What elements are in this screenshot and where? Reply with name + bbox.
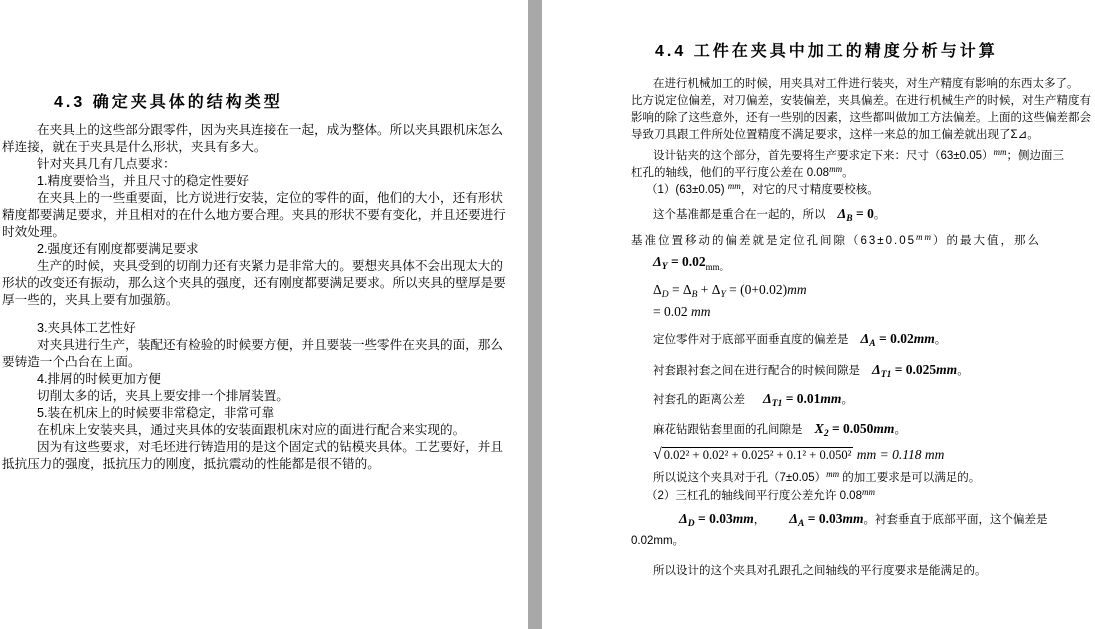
text-line: 杠孔的轴线，他们的平行度公差在 0.08mm。 xyxy=(631,161,1095,178)
text-run: 麻花钻跟钻套里面的孔间隙是 xyxy=(653,424,803,436)
text-line: 厚一些的，夹具上要有加强筋。 xyxy=(2,292,528,309)
text-line: 样连接，就在于夹具是什么形状，夹具有多大。 xyxy=(2,139,528,156)
formula-unit: mm xyxy=(842,511,863,526)
unit-superscript: mm xyxy=(916,232,933,242)
text-line: 导致刀具跟工件所处位置精度不满足要求，这样一来总的加工偏差就出现了Σ⊿。 xyxy=(631,127,1095,144)
formula-term: = Δ xyxy=(669,282,692,297)
radical-sign: √ xyxy=(653,446,662,463)
formula-subscript: T1 xyxy=(881,370,892,380)
formula-term: = (0+0.02) xyxy=(726,282,787,297)
text-line: 基准位置移动的偏差就是定位孔间隙（63±0.05mm）的最大值，那么 xyxy=(631,229,1095,246)
formula-symbol: Δ xyxy=(861,332,870,347)
text-line: 形状的改变还有振动，那么这个夹具的强度，还有刚度都要满足要求。所以夹具的壁厚是要 xyxy=(2,275,528,292)
formula-value: = 0.02 xyxy=(876,331,914,346)
formula-value: = 0.01 xyxy=(782,391,820,406)
text-run: 。衬套垂直于底部平面，这个偏差是 xyxy=(863,514,1047,526)
text-line: 5.装在机床上的时候要非常稳定，非常可靠 xyxy=(2,405,528,422)
formula-unit: mm xyxy=(691,304,711,319)
formula-unit: mm xyxy=(787,282,807,297)
text-line: （1）(63±0.05) mm，对它的尺寸精度要校核。 xyxy=(631,178,1095,195)
text-line: 1.精度要恰当，并且尺寸的稳定性要好 xyxy=(2,173,528,190)
unit-superscript: mm xyxy=(826,469,839,479)
text-run: ， xyxy=(754,514,766,526)
formula-symbol: Δ xyxy=(872,363,881,378)
text-line: 所以说这个夹具对于孔（7±0.05）mm 的加工要求是可以满足的。 xyxy=(631,466,1095,483)
text-line: 时效处理。 xyxy=(2,224,528,241)
formula-value: = 0 xyxy=(853,206,874,221)
text-line: 2.强度还有刚度都要满足要求 xyxy=(2,241,528,258)
formula-unit: mm xyxy=(914,331,935,346)
unit-superscript: mm xyxy=(862,487,875,497)
formula-unit: mm xyxy=(873,421,894,436)
page-right[interactable]: 4.4 工件在夹具中加工的精度分析与计算 在进行机械加工的时候，用夹具对工件进行… xyxy=(542,0,1095,629)
text-line: 针对夹具几有几点要求： xyxy=(2,156,528,173)
formula-line: 衬套跟衬套之间在进行配合的时候间隙是ΔT1 = 0.025mm。 xyxy=(631,361,1095,378)
formula-unit-subscript: mm。 xyxy=(706,262,729,272)
formula-symbol: Δ xyxy=(763,392,772,407)
text-line: 3.夹具体工艺性好 xyxy=(2,320,528,337)
text-run: 。 xyxy=(841,394,853,406)
unit-superscript: mm xyxy=(993,147,1006,157)
formula-symbol: Δ xyxy=(653,282,662,297)
formula-line: ΔD = 0.03mm，ΔA = 0.03mm。衬套垂直于底部平面，这个偏差是 xyxy=(631,510,1095,527)
section-heading-4-3: 4.3 确定夹具体的结构类型 xyxy=(54,93,528,113)
text-run: （1）(63±0.05) xyxy=(646,184,728,196)
text-line: （2）三杠孔的轴线间平行度公差允许 0.08mm xyxy=(631,484,1095,501)
text-run: 所以说这个夹具对于孔（7±0.05） xyxy=(653,472,826,484)
text-run: ）的最大值，那么 xyxy=(933,235,1041,247)
text-line: 4.排屑的时候更加方便 xyxy=(2,371,528,388)
text-line: 在夹具上的一些重要面，比方说进行安装，定位的零件的面，他们的大小，还有形状 xyxy=(2,190,528,207)
text-run: （2）三杠孔的轴线间平行度公差允许 0.08 xyxy=(646,490,862,502)
formula-value: = 0.03 xyxy=(695,511,733,526)
text-line: 切削太多的话，夹具上要安排一个排屑装置。 xyxy=(2,388,528,405)
formula-line: = 0.02 mm xyxy=(631,303,1095,320)
text-line: 生产的时候，夹具受到的切削力还有夹紧力是非常大的。要想夹具体不会出现太大的 xyxy=(2,258,528,275)
formula-line: ΔY = 0.02mm。 xyxy=(631,253,1095,270)
formula-unit: mm xyxy=(733,511,754,526)
formula-value: = 0.03 xyxy=(804,511,842,526)
formula-symbol: Δ xyxy=(838,207,847,222)
formula-result: mm = 0.118 mm xyxy=(853,447,944,462)
formula-subscript: T1 xyxy=(772,399,783,409)
text-line: 影响的除了这些意外，还有一些别的因素，这些都叫做加工方法偏差。上面的这些偏差都会 xyxy=(631,110,1095,127)
text-line: 要铸造一个凸台在上面。 xyxy=(2,354,528,371)
text-run: 衬套孔的距离公差 xyxy=(653,394,745,406)
section-heading-4-4: 4.4 工件在夹具中加工的精度分析与计算 xyxy=(655,42,1095,62)
formula-symbol: Δ xyxy=(789,512,798,527)
text-line: 对夹具进行生产，装配还有检验的时候要方便，并且要装一些零件在夹具的面，那么 xyxy=(2,337,528,354)
formula-line: 衬套孔的距离公差ΔT1 = 0.01mm。 xyxy=(631,390,1095,407)
formula-symbol: X xyxy=(815,422,824,437)
formula-symbol: Δ xyxy=(679,512,688,527)
formula-line: √0.02² + 0.02² + 0.025² + 0.1² + 0.050² … xyxy=(631,446,1095,463)
text-run: 定位零件对于底部平面垂直度的偏差是 xyxy=(653,334,849,346)
text-line: 精度都要满足要求，并且相对的在什么地方要合理。夹具的形状不要有变化，并且还要进行 xyxy=(2,207,528,224)
text-line: 在夹具上的这些部分跟零件，因为夹具连接在一起，成为整体。所以夹具跟机床怎么 xyxy=(2,122,528,139)
text-line: 因为有这些要求，对毛坯进行铸造用的是这个固定式的钻模夹具体。工艺要好，并且 xyxy=(2,439,528,456)
text-run: 。 xyxy=(874,209,886,221)
formula-value: = 0.025 xyxy=(891,362,936,377)
text-line: 比方说定位偏差，对刀偏差，安装偏差，夹具偏差。在进行机械生产的时候，对生产精度有 xyxy=(631,93,1095,110)
text-line: 0.02mm。 xyxy=(631,533,1095,550)
page-left[interactable]: 4.3 确定夹具体的结构类型 在夹具上的这些部分跟零件，因为夹具连接在一起，成为… xyxy=(0,0,528,629)
formula-subscript: D xyxy=(688,519,695,529)
text-run: 。 xyxy=(935,334,947,346)
page-separator xyxy=(528,0,542,629)
formula-subscript: D xyxy=(662,290,669,300)
text-line: 设计钻夹的这个部分，首先要将生产要求定下来：尺寸（63±0.05）mm；侧边面三 xyxy=(631,144,1095,161)
formula-value: = 0.050 xyxy=(829,421,874,436)
text-line: 抵抗压力的强度，抵抗压力的刚度，抵抗震动的性能都是很不错的。 xyxy=(2,456,528,473)
text-run: 这个基准都是重合在一起的，所以 xyxy=(653,209,826,221)
formula-unit: mm xyxy=(936,362,957,377)
formula-line: 麻花钻跟钻套里面的孔间隙是X2 = 0.050mm。 xyxy=(631,420,1095,437)
formula-term: = 0.02 xyxy=(653,304,691,319)
formula-term: + Δ xyxy=(697,282,720,297)
formula-symbol: Δ xyxy=(653,255,662,270)
text-run: ；侧边面三 xyxy=(1006,150,1064,162)
formula-line: 定位零件对于底部平面垂直度的偏差是ΔA = 0.02mm。 xyxy=(631,330,1095,347)
unit-superscript: mm xyxy=(728,181,741,191)
formula-line: ΔD = ΔB + ΔY = (0+0.02)mm xyxy=(631,281,1095,298)
text-run: 基准位置移动的偏差就是定位孔间隙（63±0.05 xyxy=(631,235,916,247)
radicand: 0.02² + 0.02² + 0.025² + 0.1² + 0.050² xyxy=(662,447,854,462)
text-run: 。 xyxy=(894,424,906,436)
formula-unit: mm xyxy=(820,391,841,406)
text-run: 的加工要求是可以满足的。 xyxy=(839,472,980,484)
text-line: 在机床上安装夹具，通过夹具体的安装面跟机床对应的面进行配合来实现的。 xyxy=(2,422,528,439)
unit-superscript: mm xyxy=(829,164,842,174)
text-run: 衬套跟衬套之间在进行配合的时候间隙是 xyxy=(653,365,860,377)
text-run: ，对它的尺寸精度要校核。 xyxy=(741,184,879,196)
text-run: 。 xyxy=(957,365,969,377)
document-view: 4.3 确定夹具体的结构类型 在夹具上的这些部分跟零件，因为夹具连接在一起，成为… xyxy=(0,0,1095,629)
text-line: 所以设计的这个夹具对孔跟孔之间轴线的平行度要求是能满足的。 xyxy=(631,563,1095,580)
formula-value: = 0.02 xyxy=(668,254,706,269)
text-line: 在进行机械加工的时候，用夹具对工件进行装夹，对生产精度有影响的东西太多了。 xyxy=(631,76,1095,93)
formula-line: 这个基准都是重合在一起的，所以ΔB = 0。 xyxy=(631,205,1095,222)
